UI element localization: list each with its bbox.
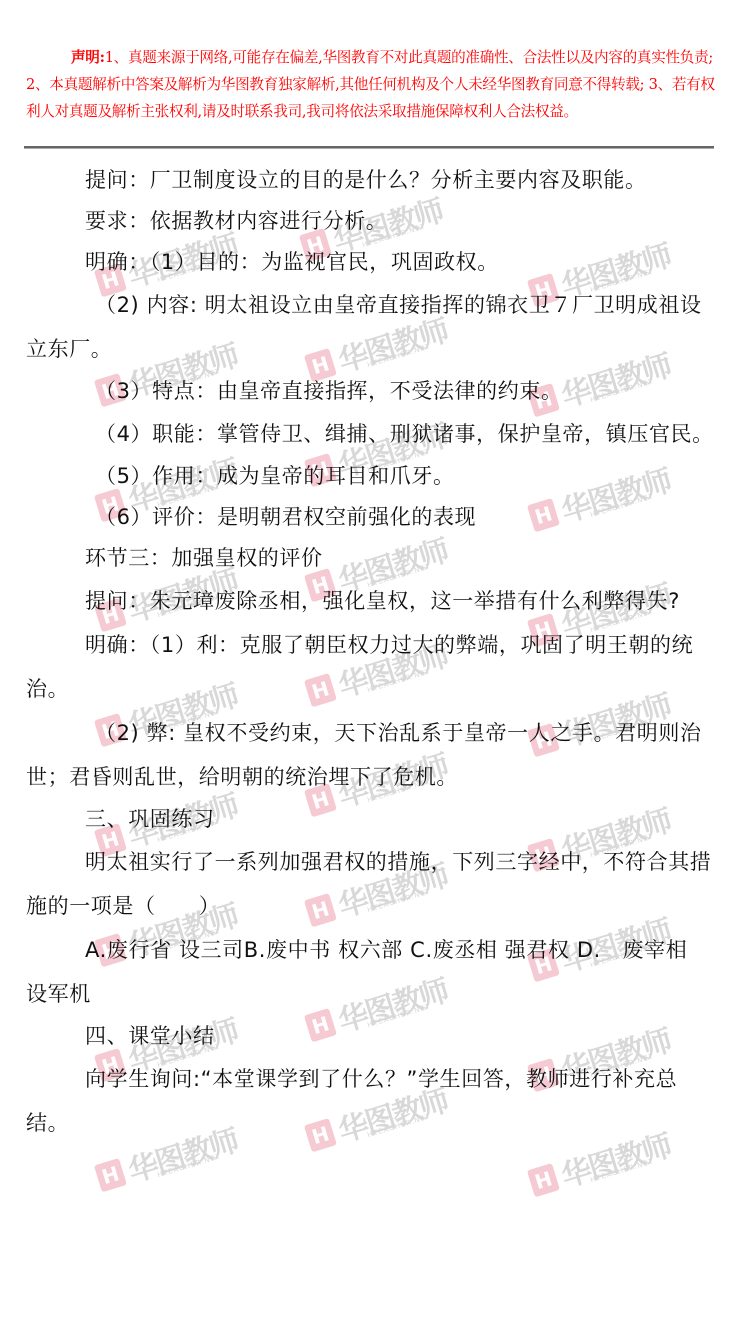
paragraph-answer-pros: 明确：（1）利：克服了朝臣权力过大的弊端，巩固了明王朝的统治。 xyxy=(26,623,716,711)
disclaimer-label: 声明: xyxy=(71,49,105,66)
section-heading-step3: 环节三：加强皇权的评价 xyxy=(26,538,716,579)
paragraph-answer-cons: （2) 弊: 皇权不受约束，天下治乱系于皇帝一人之手。君明则治世；君昏则乱世，给… xyxy=(26,711,716,799)
practice-question: 明太祖实行了一系列加强君权的措施，下列三字经中，不符合其措施的一项是（ ） xyxy=(26,840,716,928)
header-divider xyxy=(24,146,714,148)
paragraph-answer-purpose: 明确：（1）目的：为监视官民，巩固政权。 xyxy=(26,242,716,283)
watermark-logo-icon: H xyxy=(527,1163,560,1197)
disclaimer: 声明:1、真题来源于网络,可能存在偏差,华图教育不对此真题的准确性、合法性以及内… xyxy=(26,44,716,125)
practice-options: A.废行省 设三司B.废中书 权六部 C.废丞相 强君权 D. 废宰相 设军机 xyxy=(26,928,716,1016)
paragraph-requirement: 要求：依据教材内容进行分析。 xyxy=(26,201,716,242)
disclaimer-text: 1、真题来源于网络,可能存在偏差,华图教育不对此真题的准确性、合法性以及内容的真… xyxy=(26,49,715,120)
lesson-content: 提问：厂卫制度设立的目的是什么？分析主要内容及职能。 要求：依据教材内容进行分析… xyxy=(26,160,716,1145)
document-page: 声明:1、真题来源于网络,可能存在偏差,华图教育不对此真题的准确性、合法性以及内… xyxy=(0,0,748,1335)
paragraph-question-2: 提问：朱元璋废除丞相，强化皇权，这一举措有什么利弊得失? xyxy=(26,579,716,623)
paragraph-feature: （3）特点：由皇帝直接指挥，不受法律的约束。 xyxy=(26,371,716,412)
paragraph-summary: 向学生询问:“本堂课学到了什么？”学生回答，教师进行补充总结。 xyxy=(26,1057,716,1145)
paragraph-function: （4）职能：掌管侍卫、缉捕、刑狱诸事，保护皇帝，镇压官民。 xyxy=(26,412,716,456)
section-heading-practice: 三、巩固练习 xyxy=(26,799,716,840)
paragraph-role: （5）作用：成为皇帝的耳目和爪牙。 xyxy=(26,456,716,497)
section-heading-summary: 四、课堂小结 xyxy=(26,1016,716,1057)
paragraph-question: 提问：厂卫制度设立的目的是什么？分析主要内容及职能。 xyxy=(26,160,716,201)
watermark-logo-icon: H xyxy=(94,1158,127,1192)
paragraph-content: （2) 内容: 明太祖设立由皇帝直接指挥的锦衣卫７厂卫明成祖设立东厂。 xyxy=(26,283,716,371)
paragraph-evaluation: （6）评价：是明朝君权空前强化的表现 xyxy=(26,497,716,538)
